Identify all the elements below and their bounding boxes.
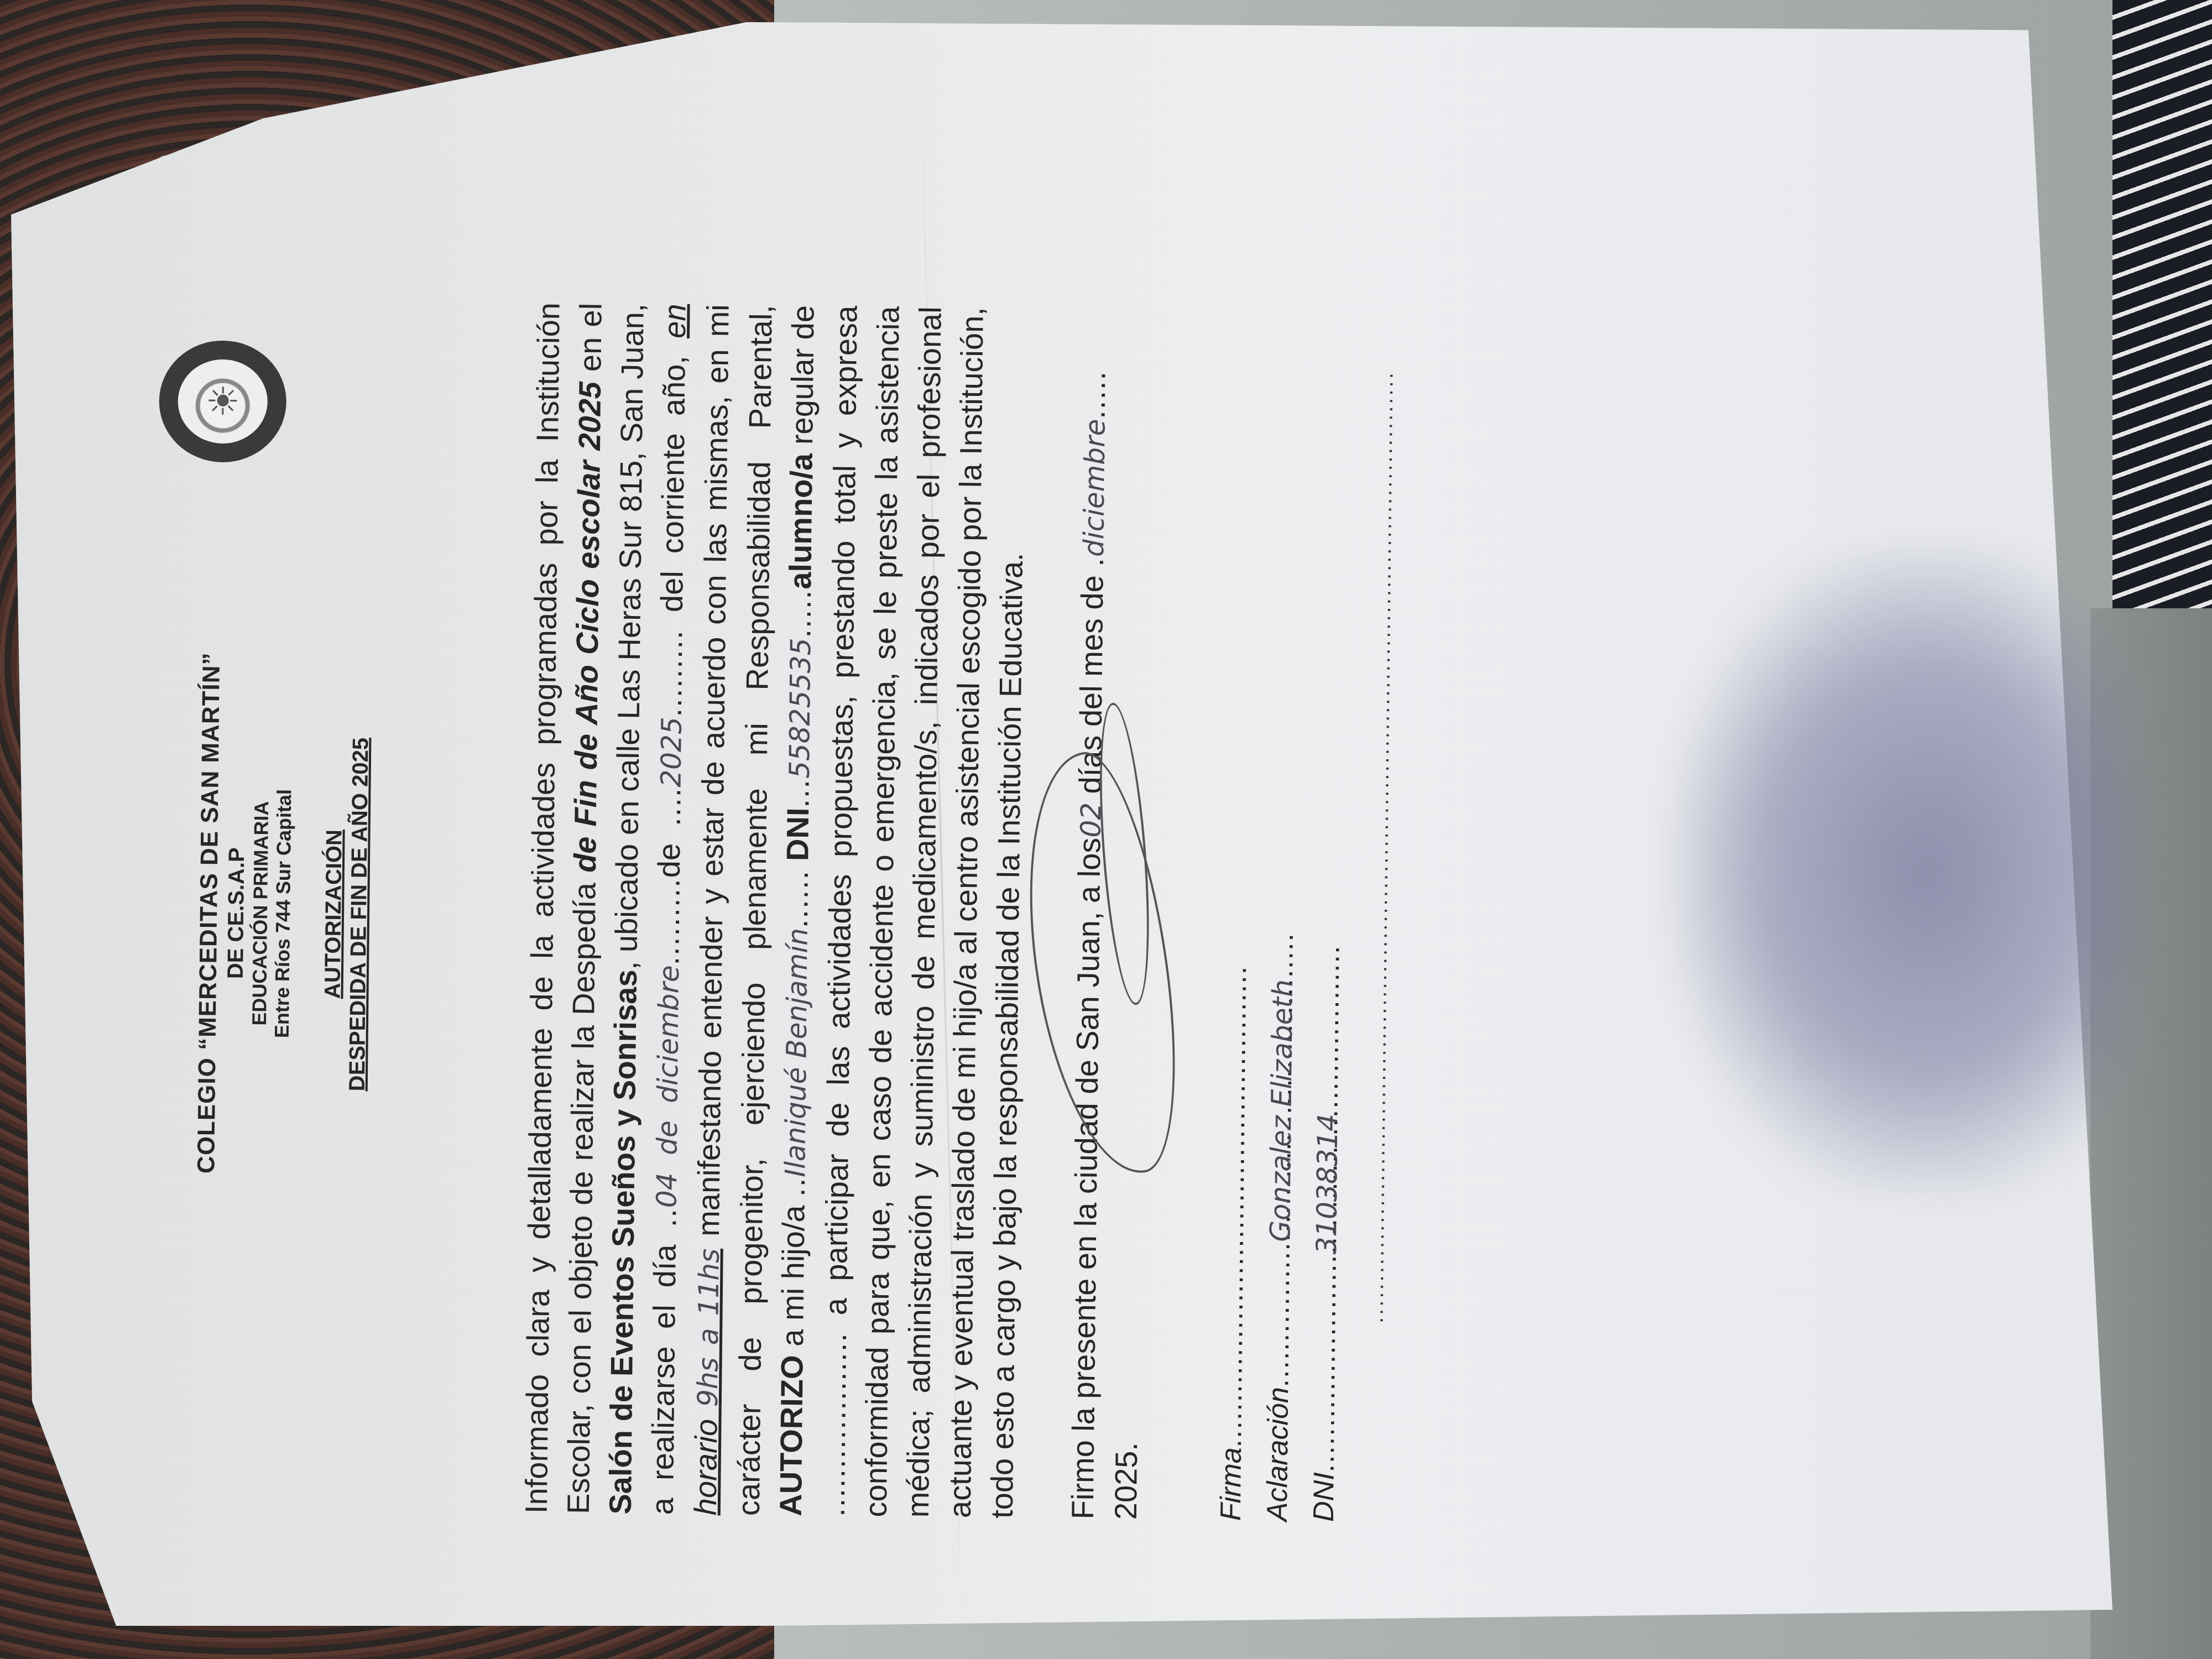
event-year-field[interactable]: 2025: [655, 717, 688, 787]
student-dni-label: DNI: [780, 807, 815, 861]
authorization-form: ☀ COLEGIO “MERCEDITAS DE SAN MARTÍN” DE …: [166, 221, 1397, 1616]
student-dni-field[interactable]: 55825535: [784, 638, 817, 779]
event-day-field[interactable]: 04 de diciembre: [651, 965, 686, 1208]
torch-sun-icon: ☀: [205, 379, 241, 425]
dni-field[interactable]: 31038314: [1303, 1114, 1352, 1255]
student-keyword: alumno/a: [782, 453, 819, 589]
event-name: de Fin de Año Ciclo escolar 2025: [567, 382, 607, 873]
striped-cloth: [2112, 0, 2212, 636]
student-name-field[interactable]: Ilaniqué Benjamín: [779, 928, 814, 1177]
sign-month-field[interactable]: diciembre: [1078, 419, 1112, 557]
authorize-keyword: AUTORIZO: [773, 1355, 810, 1516]
aclaracion-label: Aclaración: [1254, 1387, 1302, 1522]
phone-shadow: [1670, 547, 2135, 1194]
authorization-paragraph: Informado clara y detalladamente de la a…: [515, 302, 1036, 1519]
venue-name: Salón de Eventos Sueños y Sonrisas: [603, 969, 643, 1515]
dni-label: DNI: [1301, 1472, 1348, 1522]
aclaracion-field[interactable]: Gonzalez Elizabeth: [1257, 979, 1306, 1243]
schedule-field[interactable]: 9hs a 11hs: [692, 1249, 726, 1407]
firma-label: Firma: [1208, 1447, 1255, 1521]
signature-block: Firma ..................................…: [1208, 232, 1360, 1522]
document-header: ☀ COLEGIO “MERCEDITAS DE SAN MARTÍN” DE …: [188, 222, 457, 1607]
firma-field[interactable]: ........................................…: [1208, 965, 1260, 1448]
school-seal: ☀: [159, 340, 287, 463]
